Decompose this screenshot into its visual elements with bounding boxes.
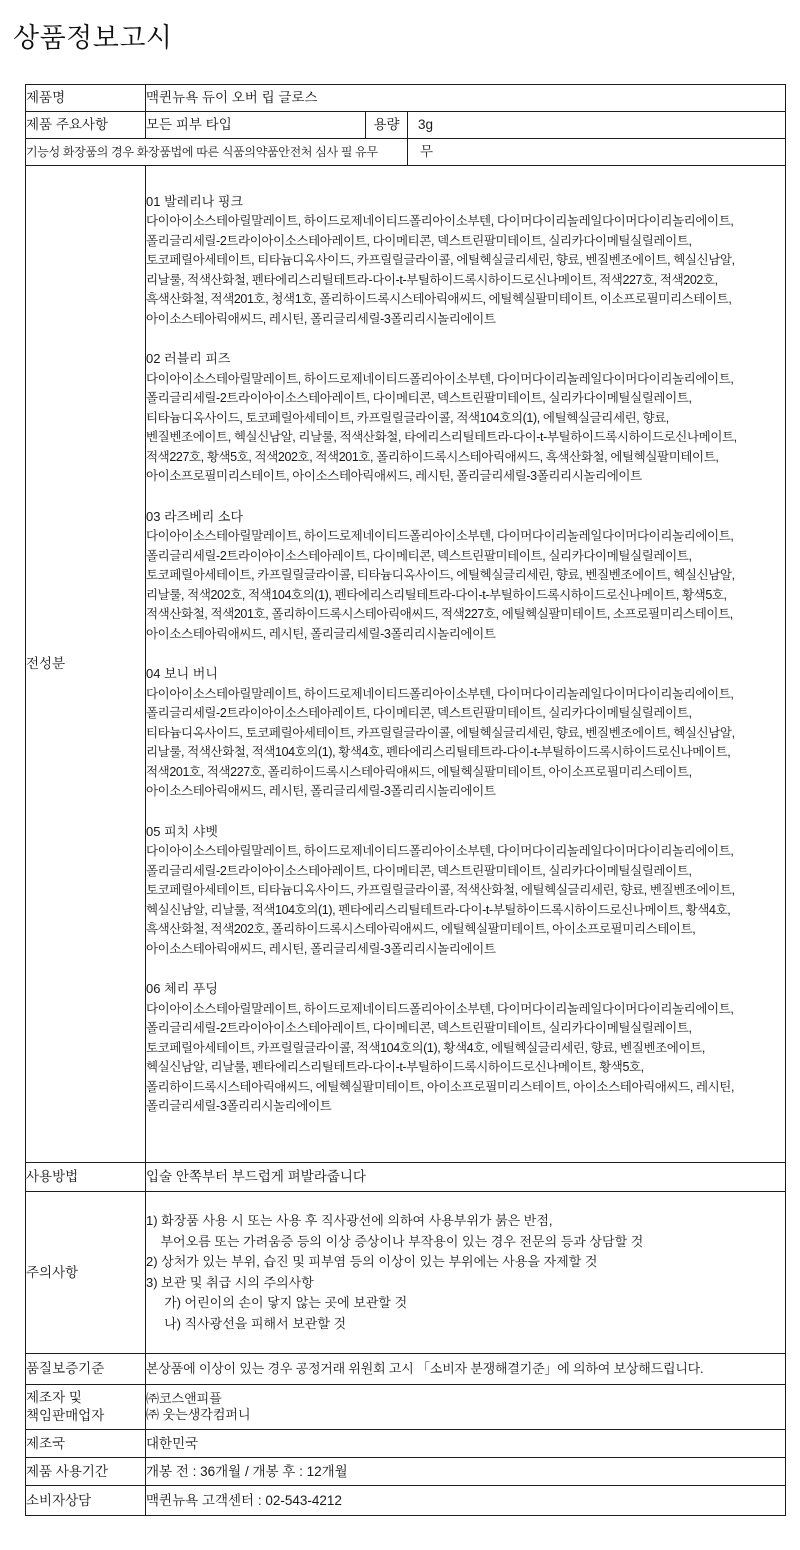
row-country: 제조국 대한민국 bbox=[26, 1430, 786, 1458]
row-manufacturer: 제조자 및 책임판매업자 ㈜코스앤피플 ㈜ 웃는생각컴퍼니 bbox=[26, 1385, 786, 1430]
ingredient-shade-title: 06 체리 푸딩 bbox=[146, 979, 785, 999]
value-shelf-life: 개봉 전 : 36개월 / 개봉 후 : 12개월 bbox=[146, 1458, 786, 1486]
row-shelf-life: 제품 사용기간 개봉 전 : 36개월 / 개봉 후 : 12개월 bbox=[26, 1458, 786, 1486]
row-product-name: 제품명 맥퀸뉴욕 듀이 오버 립 글로스 bbox=[26, 85, 786, 112]
label-customer-service: 소비자상담 bbox=[26, 1486, 146, 1516]
label-functional-review: 기능성 화장품의 경우 화장품법에 따른 식품의약품안전처 심사 필 유무 bbox=[26, 139, 408, 166]
row-functional-review: 기능성 화장품의 경우 화장품법에 따른 식품의약품안전처 심사 필 유무 무 bbox=[26, 139, 786, 166]
row-product-spec: 제품 주요사항 모든 피부 타입 용량 3g bbox=[26, 112, 786, 139]
label-country: 제조국 bbox=[26, 1430, 146, 1458]
value-usage: 입술 안쪽부터 부드럽게 펴발라줍니다 bbox=[146, 1163, 786, 1192]
ingredient-shade-title: 03 라즈베리 소다 bbox=[146, 507, 785, 527]
label-shelf-life: 제품 사용기간 bbox=[26, 1458, 146, 1486]
ingredient-list: 다이아이소스테아릴말레이트, 하이드로제네이티드폴리아이소부텐, 다이머다이리놀… bbox=[146, 527, 785, 644]
ingredient-list: 다이아이소스테아릴말레이트, 하이드로제네이티드폴리아이소부텐, 다이머다이리놀… bbox=[146, 212, 785, 329]
value-customer-service: 맥퀸뉴욕 고객센터 : 02-543-4212 bbox=[146, 1486, 786, 1516]
page-title: 상품정보고시 bbox=[13, 16, 173, 55]
row-warranty: 품질보증기준 본상품에 이상이 있는 경우 공정거래 위원회 고시 「소비자 분… bbox=[26, 1354, 786, 1385]
caution-text: 1) 화장품 사용 시 또는 사용 후 직사광선에 의하여 사용부위가 붉은 반… bbox=[146, 1211, 785, 1334]
value-volume: 3g bbox=[408, 112, 786, 139]
row-ingredients: 전성분 01 발레리나 핑크 다이아이소스테아릴말레이트, 하이드로제네이티드폴… bbox=[26, 166, 786, 1163]
row-caution: 주의사항 1) 화장품 사용 시 또는 사용 후 직사광선에 의하여 사용부위가… bbox=[26, 1192, 786, 1354]
label-volume: 용량 bbox=[366, 112, 408, 139]
value-manufacturer: ㈜코스앤피플 ㈜ 웃는생각컴퍼니 bbox=[146, 1385, 786, 1430]
label-warranty: 품질보증기준 bbox=[26, 1354, 146, 1385]
ingredient-shade-title: 01 발레리나 핑크 bbox=[146, 192, 785, 212]
value-country: 대한민국 bbox=[146, 1430, 786, 1458]
label-ingredients: 전성분 bbox=[26, 166, 146, 1163]
product-info-page: 상품정보고시 제품명 맥퀸뉴욕 듀이 오버 립 글로스 제품 주요사항 모든 피… bbox=[0, 0, 800, 1550]
ingredient-block-03: 03 라즈베리 소다 다이아이소스테아릴말레이트, 하이드로제네이티드폴리아이소… bbox=[146, 507, 785, 645]
ingredient-shade-title: 04 보니 버니 bbox=[146, 664, 785, 684]
ingredient-block-02: 02 러블리 피즈 다이아이소스테아릴말레이트, 하이드로제네이티드폴리아이소부… bbox=[146, 349, 785, 487]
value-product-name: 맥퀸뉴욕 듀이 오버 립 글로스 bbox=[146, 85, 786, 112]
ingredient-shade-title: 05 피치 샤벳 bbox=[146, 822, 785, 842]
row-usage: 사용방법 입술 안쪽부터 부드럽게 펴발라줍니다 bbox=[26, 1163, 786, 1192]
value-warranty: 본상품에 이상이 있는 경우 공정거래 위원회 고시 「소비자 분쟁해결기준」에… bbox=[146, 1354, 786, 1385]
ingredient-list: 다이아이소스테아릴말레이트, 하이드로제네이티드폴리아이소부텐, 다이머다이리놀… bbox=[146, 685, 785, 802]
label-product-name: 제품명 bbox=[26, 85, 146, 112]
value-ingredients: 01 발레리나 핑크 다이아이소스테아릴말레이트, 하이드로제네이티드폴리아이소… bbox=[146, 166, 786, 1163]
ingredient-list: 다이아이소스테아릴말레이트, 하이드로제네이티드폴리아이소부텐, 다이머다이리놀… bbox=[146, 1000, 785, 1117]
ingredient-block-06: 06 체리 푸딩 다이아이소스테아릴말레이트, 하이드로제네이티드폴리아이소부텐… bbox=[146, 979, 785, 1117]
ingredient-block-01: 01 발레리나 핑크 다이아이소스테아릴말레이트, 하이드로제네이티드폴리아이소… bbox=[146, 192, 785, 330]
ingredient-shade-title: 02 러블리 피즈 bbox=[146, 349, 785, 369]
value-functional-review: 무 bbox=[408, 139, 786, 166]
label-manufacturer: 제조자 및 책임판매업자 bbox=[26, 1385, 146, 1430]
label-caution: 주의사항 bbox=[26, 1192, 146, 1354]
row-customer-service: 소비자상담 맥퀸뉴욕 고객센터 : 02-543-4212 bbox=[26, 1486, 786, 1516]
ingredient-list: 다이아이소스테아릴말레이트, 하이드로제네이티드폴리아이소부텐, 다이머다이리놀… bbox=[146, 842, 785, 959]
ingredient-list: 다이아이소스테아릴말레이트, 하이드로제네이티드폴리아이소부텐, 다이머다이리놀… bbox=[146, 370, 785, 487]
ingredient-block-04: 04 보니 버니 다이아이소스테아릴말레이트, 하이드로제네이티드폴리아이소부텐… bbox=[146, 664, 785, 802]
value-skin-type: 모든 피부 타입 bbox=[146, 112, 366, 139]
ingredient-block-05: 05 피치 샤벳 다이아이소스테아릴말레이트, 하이드로제네이티드폴리아이소부텐… bbox=[146, 822, 785, 960]
label-product-spec: 제품 주요사항 bbox=[26, 112, 146, 139]
label-usage: 사용방법 bbox=[26, 1163, 146, 1192]
value-caution: 1) 화장품 사용 시 또는 사용 후 직사광선에 의하여 사용부위가 붉은 반… bbox=[146, 1192, 786, 1354]
product-info-table: 제품명 맥퀸뉴욕 듀이 오버 립 글로스 제품 주요사항 모든 피부 타입 용량… bbox=[25, 84, 786, 1516]
